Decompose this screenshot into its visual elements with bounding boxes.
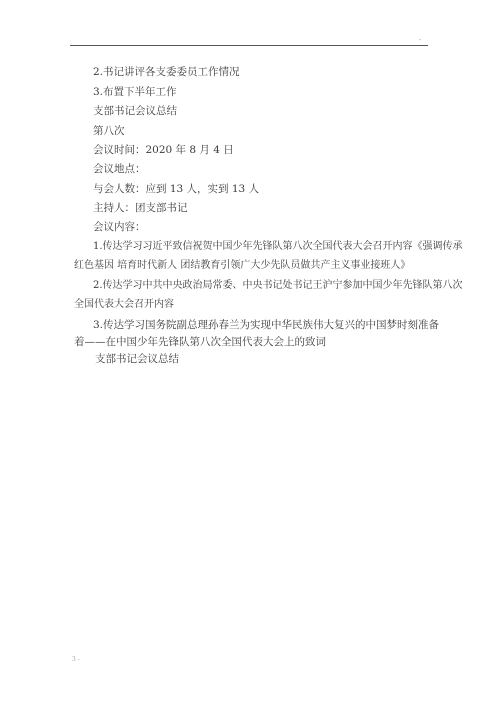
section-title: 支部书记会议总结 <box>93 104 177 118</box>
content-item-1: 1.传达学习习近平致信祝贺中国少年先锋队第八次全国代表大会召开内容《强调传承 <box>93 240 463 254</box>
content-label: 会议内容： <box>93 220 146 234</box>
header-rule <box>70 45 428 46</box>
attendance: 与会人数：应到 13 人，实到 13 人 <box>93 182 259 196</box>
content-item-3: 3.传达学习国务院副总理孙春兰为实现中华民族伟大复兴的中国梦时刻准备 <box>93 318 439 332</box>
content-item-2: 2.传达学习中共中央政治局常委、中央书记处书记王沪宁参加中国少年先锋队第八次 <box>93 279 463 293</box>
footer-page-mark: 3 - <box>72 656 80 663</box>
closing-title: 支部书记会议总结 <box>95 352 179 366</box>
meeting-time: 会议时间：2020 年 8 月 4 日 <box>93 143 234 157</box>
content-item-2-cont: 全国代表大会召开内容 <box>74 298 174 312</box>
agenda-item-2: 2.书记讲评各支委委员工作情况 <box>93 65 240 79</box>
header-mark: - <box>419 36 421 44</box>
host: 主持人：团支部书记 <box>93 201 188 215</box>
document-page: - 2.书记讲评各支委委员工作情况 3.布置下半年工作 支部书记会议总结 第八次… <box>0 0 500 707</box>
agenda-item-3: 3.布置下半年工作 <box>93 85 177 99</box>
content-item-1-cont: 红色基因 培育时代新人 团结教育引领广大少先队员做共产主义事业接班人》 <box>74 259 410 273</box>
meeting-number: 第八次 <box>93 124 125 138</box>
meeting-location: 会议地点： <box>93 162 146 176</box>
content-item-3-cont: 着——在中国少年先锋队第八次全国代表大会上的致词 <box>74 335 326 349</box>
